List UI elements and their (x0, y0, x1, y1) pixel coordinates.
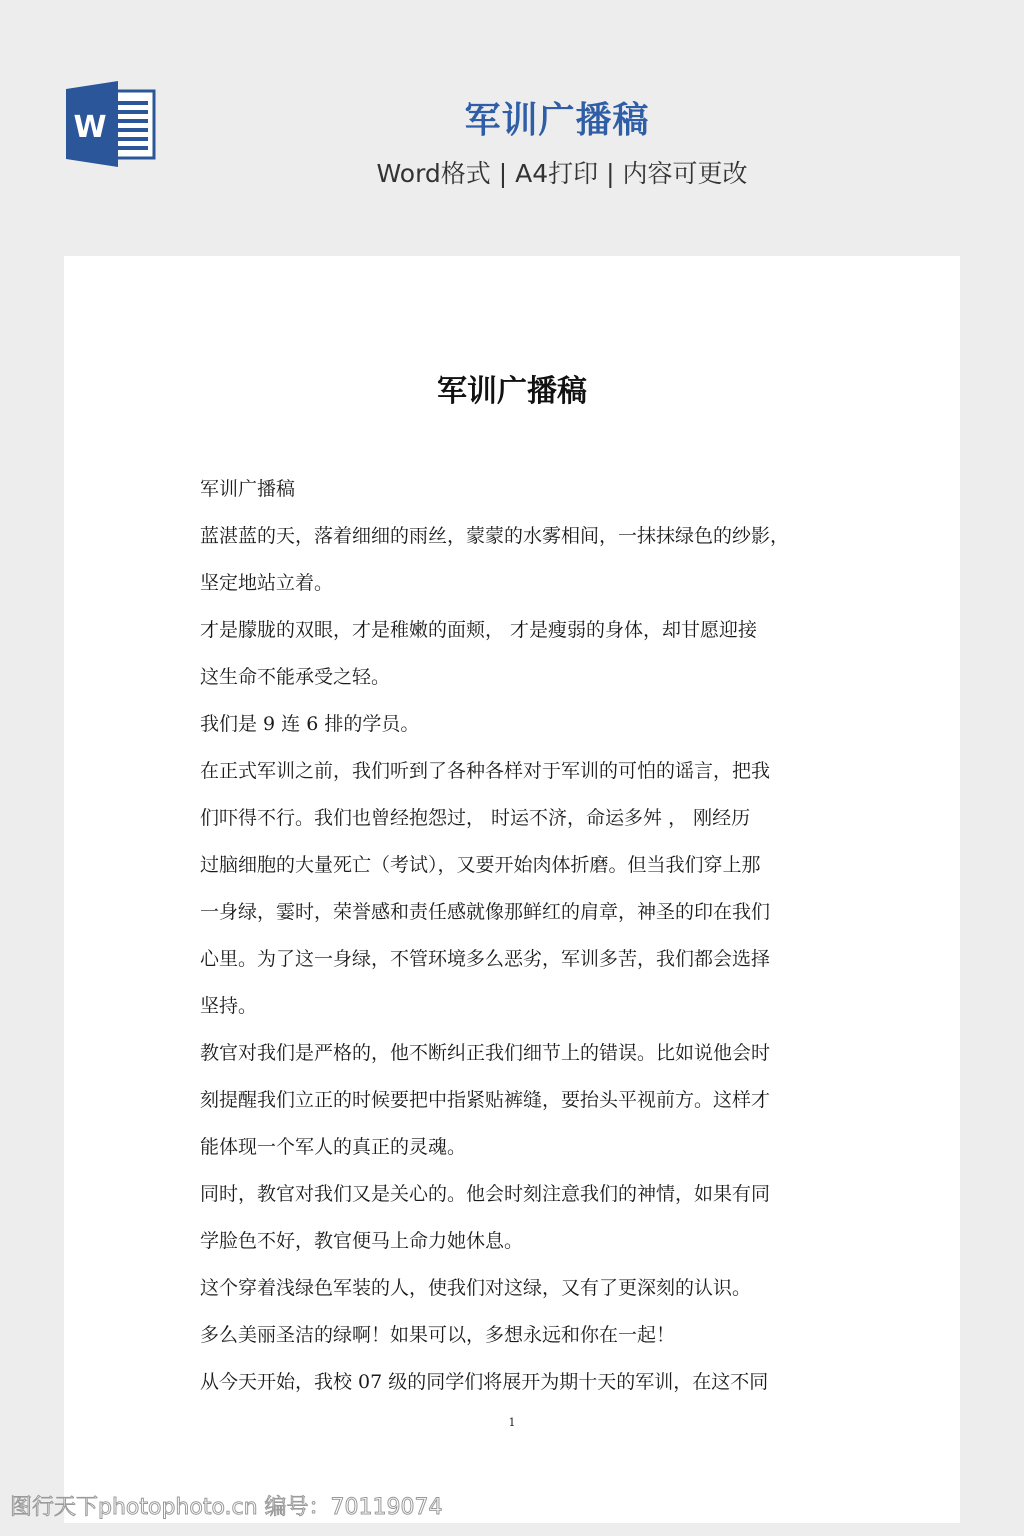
body-line: 能体现一个军人的真正的灵魂。 (200, 1124, 830, 1171)
body-line: 刻提醒我们立正的时候要把中指紧贴裤缝，要抬头平视前方。这样才 (200, 1077, 830, 1124)
body-line: 这生命不能承受之轻。 (200, 654, 830, 701)
body-line: 心里。为了这一身绿，不管环境多么恶劣，军训多苦，我们都会选择 (200, 936, 830, 983)
body-line: 们吓得不行。我们也曾经抱怨过， 时运不济，命运多舛 ， 刚经历 (200, 795, 830, 842)
body-line: 我们是 9 连 6 排的学员。 (200, 701, 830, 748)
body-line: 蓝湛蓝的天，落着细细的雨丝，蒙蒙的水雾相间，一抹抹绿色的纱影， (200, 513, 830, 560)
body-line: 教官对我们是严格的，他不断纠正我们细节上的错误。比如说他会时 (200, 1030, 830, 1077)
header-subtitle: Word格式 | A4打印 | 内容可更改 (0, 154, 1024, 190)
page-number: 1 (0, 1416, 1024, 1429)
watermark: 图行天下photophoto.cn 编号：70119074 (10, 1490, 443, 1521)
body-line: 学脸色不好，教官便马上命力她休息。 (200, 1218, 830, 1265)
document-body: 军训广播稿 蓝湛蓝的天，落着细细的雨丝，蒙蒙的水雾相间，一抹抹绿色的纱影， 坚定… (200, 466, 830, 1406)
body-line: 才是朦胧的双眼，才是稚嫩的面颊， 才是瘦弱的身体，却甘愿迎接 (200, 607, 830, 654)
body-line: 坚定地站立着。 (200, 560, 830, 607)
header-title: 军训广播稿 (0, 92, 1024, 143)
body-line: 军训广播稿 (200, 466, 830, 513)
body-line: 一身绿，霎时，荣誉感和责任感就像那鲜红的肩章，神圣的印在我们 (200, 889, 830, 936)
body-line: 同时，教官对我们又是关心的。他会时刻注意我们的神情，如果有同 (200, 1171, 830, 1218)
body-line: 过脑细胞的大量死亡（考试），又要开始肉体折磨。但当我们穿上那 (200, 842, 830, 889)
body-line: 这个穿着浅绿色军装的人，使我们对这绿，又有了更深刻的认识。 (200, 1265, 830, 1312)
document-title: 军训广播稿 (0, 366, 1024, 410)
body-line: 在正式军训之前，我们听到了各种各样对于军训的可怕的谣言，把我 (200, 748, 830, 795)
body-line: 多么美丽圣洁的绿啊！如果可以，多想永远和你在一起！ (200, 1312, 830, 1359)
body-line: 坚持。 (200, 983, 830, 1030)
body-line: 从今天开始，我校 07 级的同学们将展开为期十天的军训，在这不同 (200, 1359, 830, 1406)
